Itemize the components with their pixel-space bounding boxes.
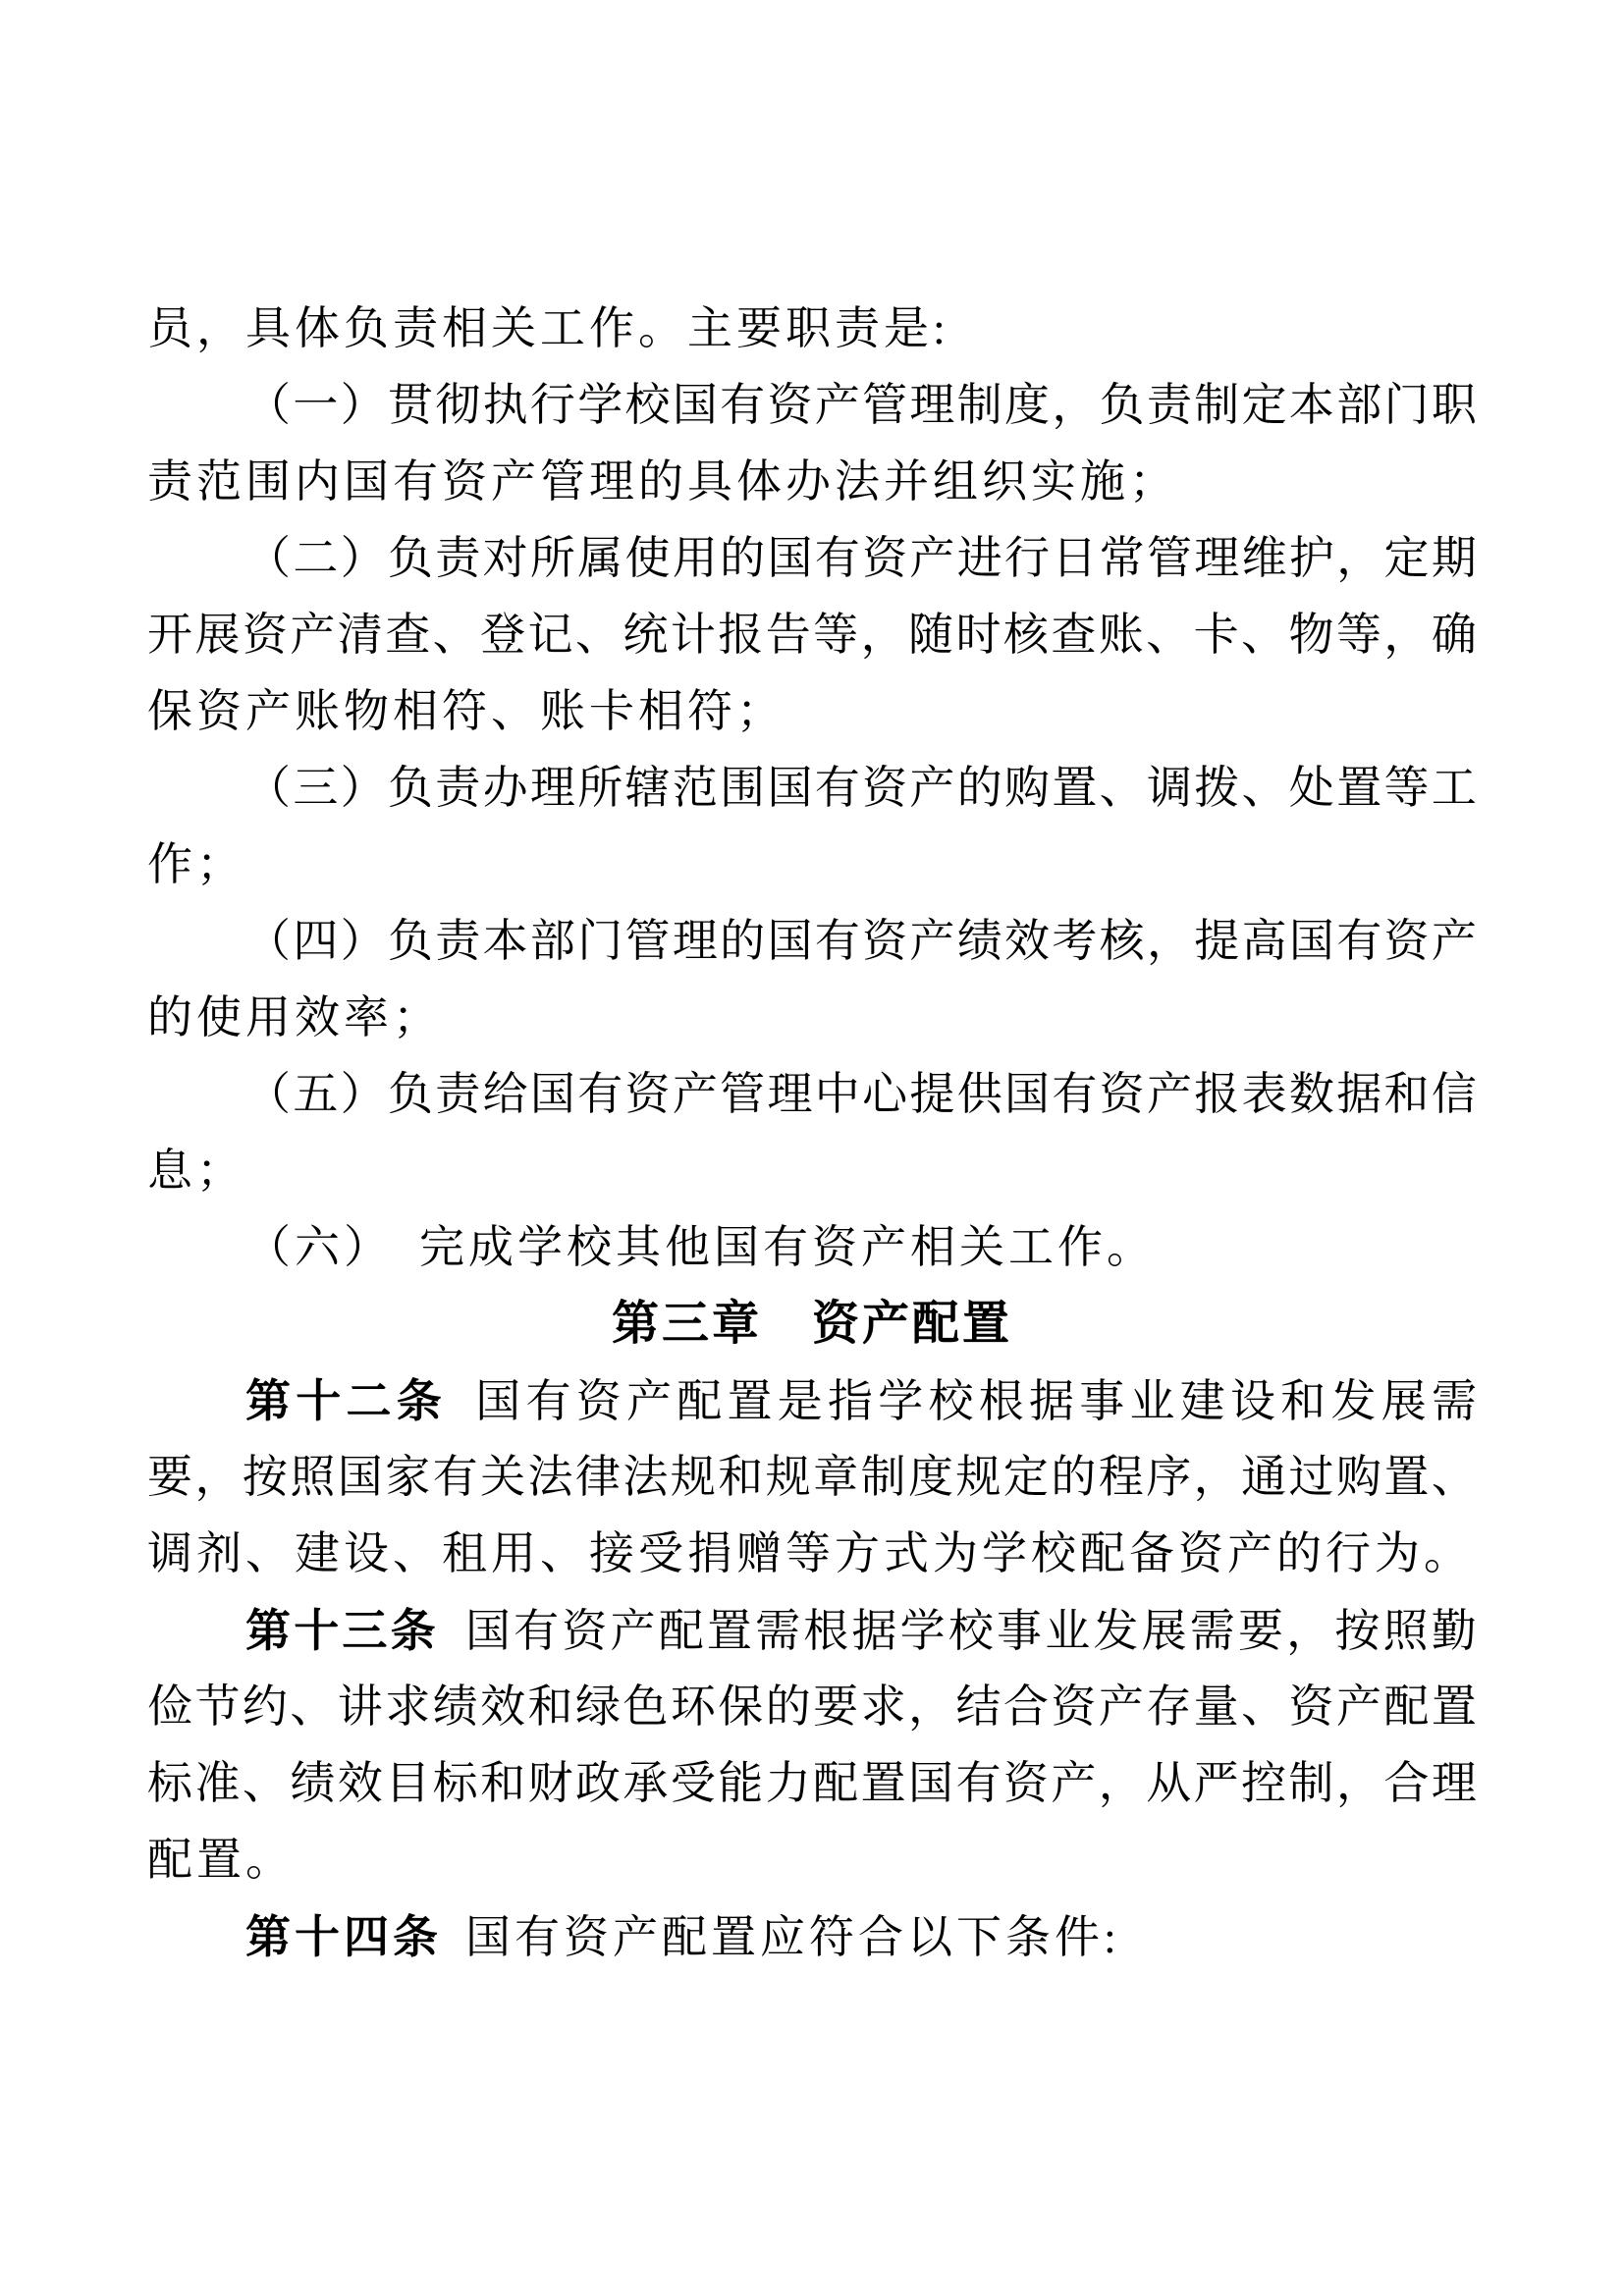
char: 资: [862, 903, 907, 980]
char: ，: [861, 597, 906, 673]
char: 责: [1147, 367, 1192, 444]
article-number: 第十四条: [245, 1911, 442, 1962]
char: 购: [1004, 750, 1050, 827]
char: 需: [1190, 1593, 1235, 1670]
char: 办: [483, 750, 528, 827]
char: 工: [1432, 750, 1477, 827]
char: ，: [1336, 1745, 1381, 1822]
char: 节: [194, 1669, 240, 1745]
char: 序: [1146, 1439, 1191, 1516]
char: 职: [1432, 367, 1477, 444]
char: 和: [528, 1669, 573, 1745]
char: 要: [147, 1439, 192, 1516]
char: 设: [1230, 1363, 1275, 1440]
char: 勤: [1432, 1593, 1477, 1670]
text-line: 保资产账物相符、账卡相符；: [147, 673, 1477, 750]
char: 事: [1079, 1363, 1124, 1440]
char: 管: [862, 367, 907, 444]
char: 关: [480, 1439, 525, 1516]
char: 从: [1146, 1745, 1191, 1822]
char: 有: [955, 1745, 1001, 1822]
char: 和: [1384, 1056, 1430, 1133]
char: 据: [851, 1593, 896, 1670]
char: 负: [1100, 367, 1145, 444]
char: 记: [528, 597, 573, 673]
char: 效: [480, 1669, 525, 1745]
char: 的: [766, 1669, 811, 1745]
char: 国: [338, 1439, 383, 1516]
char: 力: [766, 1745, 811, 1822]
char: 行: [1004, 520, 1050, 597]
char: 控: [1241, 1745, 1286, 1822]
char: 制: [861, 1439, 906, 1516]
paragraph: 第十三条国有资产配置需根据学校事业发展需要，按照勤俭节约、讲求绩效和绿色环保的要…: [147, 1592, 1477, 1898]
char: 资: [625, 1056, 671, 1133]
char: 时: [955, 597, 1001, 673]
char: 国: [767, 903, 812, 980]
char: 按: [1334, 1593, 1380, 1670]
char: 用: [673, 520, 718, 597]
char: 资: [576, 1363, 622, 1440]
char: 所: [530, 520, 575, 597]
char: 展: [194, 597, 240, 673]
char: 、: [575, 597, 621, 673]
char: 资: [862, 750, 907, 827]
char: 的: [1051, 1439, 1096, 1516]
char: 承: [623, 1745, 668, 1822]
char: 学: [577, 367, 623, 444]
text-line: 第十四条国有资产配置应符合以下条件:: [147, 1898, 1477, 1975]
char: 程: [1099, 1439, 1144, 1516]
char: 要: [1238, 1593, 1283, 1670]
char: 置: [1383, 1439, 1429, 1516]
char: 卡: [1194, 597, 1239, 673]
char: 购: [1336, 1439, 1381, 1516]
char: 产: [1051, 1745, 1096, 1822]
char: 规: [671, 1439, 716, 1516]
char: 律: [575, 1439, 621, 1516]
char: ）: [341, 1056, 386, 1133]
char: 拨: [1194, 750, 1239, 827]
char: 责: [435, 750, 480, 827]
char: 期: [1432, 520, 1477, 597]
char: 展: [1142, 1593, 1187, 1670]
article-number-char: 条: [391, 1592, 436, 1669]
char: 产: [673, 1056, 718, 1133]
paragraph: （六） 完成学校其他国有资产相关工作。: [147, 1209, 1477, 1286]
char: 求: [861, 1669, 906, 1745]
char: 负: [388, 903, 433, 980]
char: 国: [1004, 1056, 1050, 1133]
text-line: 要，按照国家有关法律法规和规章制度规定的程序，通过购置、: [147, 1439, 1477, 1516]
article-number-gap: [447, 1415, 470, 1416]
char: 管: [625, 903, 671, 980]
char: 理: [1194, 520, 1239, 597]
char: 国: [1289, 903, 1334, 980]
article-number-char: 二: [347, 1362, 392, 1439]
char: ）: [341, 903, 386, 980]
char: 有: [1052, 1056, 1097, 1133]
char: 报: [1194, 1056, 1239, 1133]
char: 执: [483, 367, 528, 444]
char: 学: [878, 1363, 923, 1440]
char: 置: [1432, 1669, 1477, 1745]
char: 告: [766, 597, 811, 673]
article-number-gap: [439, 1645, 462, 1646]
article-number-char: 十: [294, 1592, 339, 1669]
char: 所: [577, 750, 623, 827]
char: 责: [435, 1056, 480, 1133]
text-line: 员，具体负责相关工作。主要职责是:: [147, 291, 1477, 367]
char: （: [245, 367, 291, 444]
char: 配: [659, 1593, 704, 1670]
char: 等: [1384, 750, 1430, 827]
text-line: 配置。: [147, 1822, 1477, 1898]
char: 部: [530, 903, 575, 980]
char: 照: [1383, 1593, 1429, 1670]
char: 、: [290, 1669, 335, 1745]
char: 存: [1146, 1669, 1191, 1745]
char: 核: [1100, 903, 1145, 980]
char: 国: [530, 1056, 575, 1133]
char: 产: [1147, 1056, 1192, 1133]
line-text: （六） 完成学校其他国有资产相关工作。: [245, 1222, 1156, 1272]
char: 查: [385, 597, 430, 673]
char: 标: [433, 1745, 478, 1822]
char: 本: [1289, 367, 1334, 444]
char: 根: [803, 1593, 848, 1670]
char: 发: [1093, 1593, 1138, 1670]
char: 维: [1242, 520, 1287, 597]
text-line: 责范围内国有资产管理的具体办法并组织实施；: [147, 444, 1477, 520]
article-number-char: 十: [296, 1362, 341, 1439]
char: 、: [243, 1745, 288, 1822]
char: 理: [767, 1056, 812, 1133]
char: 、: [1146, 597, 1191, 673]
char: 理: [673, 903, 718, 980]
text-line: （三）负责办理所辖范围国有资产的购置、调拨、处置等工: [147, 750, 1477, 827]
paragraph: （五）负责给国有资产管理中心提供国有资产报表数据和信息；: [147, 1056, 1477, 1209]
char: 本: [483, 903, 528, 980]
char: 配: [813, 1745, 858, 1822]
line-text: 调剂、建设、租用、接受捐赠等方式为学校配备资产的行为。: [147, 1528, 1473, 1578]
line-text: 保资产账物相符、账卡相符；: [147, 686, 785, 736]
article-number-char: 第: [245, 1592, 291, 1669]
char: 高: [1242, 903, 1287, 980]
paragraph: 员，具体负责相关工作。主要职责是:: [147, 291, 1477, 367]
paragraph: （一）贯彻执行学校国有资产管理制度，负责制定本部门职责范围内国有资产管理的具体办…: [147, 367, 1477, 520]
char: 产: [1099, 1669, 1144, 1745]
article-number-gap: [442, 1951, 465, 1952]
char: 合: [1383, 1745, 1429, 1822]
paragraph: 第十二条国有资产配置是指学校根据事业建设和发展需要，按照国家有关法律法规和规章制…: [147, 1362, 1477, 1592]
char: 二: [293, 520, 338, 597]
char: 围: [720, 750, 765, 827]
char: 理: [530, 750, 575, 827]
char: 产: [611, 1593, 656, 1670]
char: 计: [671, 597, 716, 673]
char: 日: [1052, 520, 1097, 597]
char: 进: [957, 520, 1002, 597]
text-line: （二）负责对所属使用的国有资产进行日常管理维护，定期: [147, 520, 1477, 597]
char: 和: [1280, 1363, 1326, 1440]
char: 护: [1289, 520, 1334, 597]
char: 有: [720, 367, 765, 444]
char: ，: [1336, 520, 1381, 597]
char: 发: [1331, 1363, 1377, 1440]
char: 需: [755, 1593, 800, 1670]
char: 有: [815, 520, 860, 597]
char: 定: [1384, 520, 1430, 597]
char: 和: [718, 1439, 763, 1516]
char: 门: [577, 903, 623, 980]
line-text: 息；: [147, 1146, 245, 1196]
char: 产: [909, 520, 954, 597]
char: 提: [909, 1056, 954, 1133]
char: ）: [341, 520, 386, 597]
char: 指: [828, 1363, 873, 1440]
char: 三: [293, 750, 338, 827]
char: 结: [955, 1669, 1001, 1745]
char: 的: [957, 750, 1002, 827]
char: 有: [514, 1593, 559, 1670]
text-line: 第十二条国有资产配置是指学校根据事业建设和发展需: [147, 1362, 1477, 1439]
char: 色: [623, 1669, 668, 1745]
char: 严: [1194, 1745, 1239, 1822]
char: （: [245, 520, 291, 597]
line-text: 配置。: [147, 1835, 295, 1885]
char: 合: [1003, 1669, 1049, 1745]
char: 业: [1045, 1593, 1090, 1670]
char: 辖: [625, 750, 671, 827]
char: ，: [1147, 903, 1192, 980]
text-line: （一）贯彻执行学校国有资产管理制度，负责制定本部门职: [147, 367, 1477, 444]
char: 财: [528, 1745, 573, 1822]
char: 范: [673, 750, 718, 827]
char: 绩: [290, 1745, 335, 1822]
char: 配: [1383, 1669, 1429, 1745]
char: 贯: [388, 367, 433, 444]
char: 是: [778, 1363, 823, 1440]
char: 五: [293, 1056, 338, 1133]
char: 门: [1384, 367, 1430, 444]
char: 有: [1336, 903, 1381, 980]
char: 绩: [433, 1669, 478, 1745]
char: ，: [1052, 367, 1097, 444]
char: 校: [948, 1593, 994, 1670]
line-text: 的使用效率；: [147, 992, 442, 1042]
char: 资: [1384, 903, 1430, 980]
char: 绿: [575, 1669, 621, 1745]
char: 目: [385, 1745, 430, 1822]
char: 属: [577, 520, 623, 597]
char: 产: [909, 903, 954, 980]
char: 能: [718, 1745, 763, 1822]
char: 四: [293, 903, 338, 980]
char: 需: [1432, 1363, 1477, 1440]
char: 资: [1289, 1669, 1334, 1745]
char: 核: [1003, 597, 1049, 673]
char: 约: [243, 1669, 288, 1745]
char: 考: [1052, 903, 1097, 980]
char: 随: [908, 597, 953, 673]
text-line: 俭节约、讲求绩效和绿色环保的要求，结合资产存量、资产配置: [147, 1669, 1477, 1745]
text-line: （六） 完成学校其他国有资产相关工作。: [147, 1209, 1477, 1286]
char: 准: [194, 1745, 240, 1822]
char: 责: [435, 520, 480, 597]
char: 负: [388, 750, 433, 827]
char: 等: [1336, 597, 1381, 673]
char: 、: [1241, 597, 1286, 673]
char: 心: [862, 1056, 907, 1133]
text-content: 员，具体负责相关工作。主要职责是:（一）贯彻执行学校国有资产管理制度，负责制定本…: [147, 291, 1477, 1975]
char: 有: [815, 903, 860, 980]
char: 数: [1289, 1056, 1334, 1133]
char: 提: [1194, 903, 1239, 980]
char: 资: [1003, 1745, 1049, 1822]
char: 置: [707, 1593, 752, 1670]
char: 制: [1289, 1745, 1334, 1822]
char: 规: [955, 1439, 1001, 1516]
char: 业: [1130, 1363, 1175, 1440]
char: 有: [577, 1056, 623, 1133]
char: 部: [1336, 367, 1381, 444]
char: 受: [671, 1745, 716, 1822]
char: 国: [673, 367, 718, 444]
char: 彻: [435, 367, 480, 444]
char: 校: [625, 367, 671, 444]
text-line: 第十三条国有资产配置需根据学校事业发展需要，按照勤: [147, 1592, 1477, 1669]
char: 常: [1100, 520, 1145, 597]
char: 制: [957, 367, 1002, 444]
char: 产: [1432, 903, 1477, 980]
char: 展: [1381, 1363, 1427, 1440]
article-number-char: 第: [245, 1362, 291, 1439]
char: 建: [1180, 1363, 1225, 1440]
char: 的: [720, 903, 765, 980]
char: 使: [625, 520, 671, 597]
char: ，: [194, 1439, 240, 1516]
char: 登: [480, 597, 525, 673]
char: 置: [861, 1745, 906, 1822]
char: 要: [813, 1669, 858, 1745]
char: 有: [815, 750, 860, 827]
char: 报: [718, 597, 763, 673]
char: 据: [1029, 1363, 1074, 1440]
text-line: （四）负责本部门管理的国有资产绩效考核，提高国有资产: [147, 903, 1477, 980]
char: 量: [1194, 1669, 1239, 1745]
char: 配: [677, 1363, 722, 1440]
char: 过: [1289, 1439, 1334, 1516]
char: 绩: [957, 903, 1002, 980]
char: 给: [483, 1056, 528, 1133]
article-number-char: 条: [397, 1362, 442, 1439]
char: 事: [997, 1593, 1042, 1670]
char: 法: [528, 1439, 573, 1516]
char: 置: [1052, 750, 1097, 827]
char: 清: [338, 597, 383, 673]
char: 国: [767, 750, 812, 827]
char: 统: [623, 597, 668, 673]
char: 行: [530, 367, 575, 444]
char: 资: [243, 597, 288, 673]
char: 产: [626, 1363, 672, 1440]
char: ）: [341, 367, 386, 444]
char: 国: [908, 1745, 953, 1822]
text-line: （五）负责给国有资产管理中心提供国有资产报表数据和信: [147, 1056, 1477, 1133]
char: ，: [1194, 1439, 1239, 1516]
char: 确: [1432, 597, 1477, 673]
text-line: 调剂、建设、租用、接受捐赠等方式为学校配备资产的行为。: [147, 1516, 1477, 1592]
text-line: 息；: [147, 1133, 1477, 1209]
char: 有: [433, 1439, 478, 1516]
char: 求: [385, 1669, 430, 1745]
char: 查: [1051, 597, 1096, 673]
line-text: 员，具体负责相关工作。主要职责是:: [147, 303, 949, 353]
char: 供: [957, 1056, 1002, 1133]
char: 管: [720, 1056, 765, 1133]
char: 置: [1336, 750, 1381, 827]
char: 俭: [147, 1669, 192, 1745]
char: 定: [1003, 1439, 1049, 1516]
char: 管: [1147, 520, 1192, 597]
char: 学: [900, 1593, 946, 1670]
char: 和: [480, 1745, 525, 1822]
article-number-char: 三: [342, 1592, 387, 1669]
char: 处: [1289, 750, 1334, 827]
chapter-heading: 第三章 资产配置: [147, 1286, 1477, 1362]
char: 章: [813, 1439, 858, 1516]
char: ，: [1286, 1593, 1331, 1670]
char: 信: [1432, 1056, 1477, 1133]
char: 、: [1242, 750, 1287, 827]
char: 讲: [338, 1669, 383, 1745]
char: （: [245, 903, 291, 980]
char: （: [245, 750, 291, 827]
char: ，: [908, 1669, 953, 1745]
char: 资: [1100, 1056, 1145, 1133]
char: 资: [767, 367, 812, 444]
char: 责: [435, 903, 480, 980]
char: 调: [1147, 750, 1192, 827]
char: 物: [1289, 597, 1334, 673]
char: 产: [1336, 1669, 1381, 1745]
char: 家: [385, 1439, 430, 1516]
char: 、: [1241, 1669, 1286, 1745]
char: 资: [862, 520, 907, 597]
text-line: 的使用效率；: [147, 980, 1477, 1056]
line-text: 国有资产配置应符合以下条件:: [465, 1912, 1120, 1962]
char: ）: [341, 750, 386, 827]
char: 产: [815, 367, 860, 444]
char: 效: [338, 1745, 383, 1822]
char: 据: [1336, 1056, 1381, 1133]
line-text: 作；: [147, 839, 245, 889]
char: 规: [766, 1439, 811, 1516]
char: 度: [1004, 367, 1050, 444]
char: 资: [1051, 1669, 1096, 1745]
char: 法: [623, 1439, 668, 1516]
paragraph: （四）负责本部门管理的国有资产绩效考核，提高国有资产的使用效率；: [147, 903, 1477, 1056]
char: 理: [909, 367, 954, 444]
char: 产: [290, 597, 335, 673]
char: 国: [475, 1363, 520, 1440]
char: 资: [562, 1593, 607, 1670]
char: 的: [720, 520, 765, 597]
paragraph: 第十四条国有资产配置应符合以下条件:: [147, 1898, 1477, 1975]
char: 度: [908, 1439, 953, 1516]
char: 政: [575, 1745, 621, 1822]
